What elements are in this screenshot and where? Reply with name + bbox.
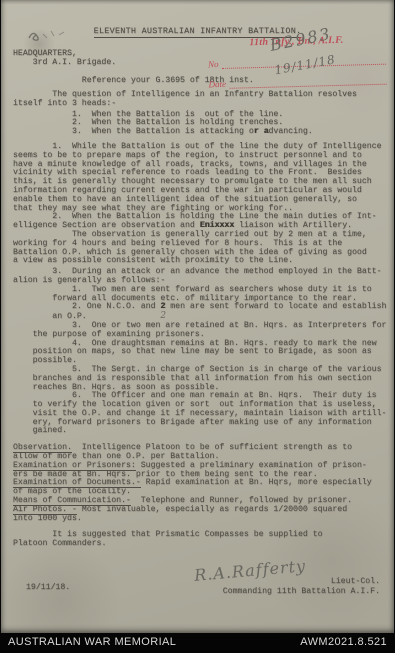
stamp-date-line: Date [208, 74, 386, 90]
doc-line: ery, forward prisoners to Brigade after … [13, 419, 386, 428]
doc-line: gained. [13, 427, 386, 436]
pencil-scribble-mark [25, 26, 71, 46]
document-paper: ELEVENTH AUSTRALIAN INFANTRY BATTALION. … [1, 0, 394, 633]
footer-accession-number: AWM2021.8.521 [300, 636, 387, 648]
stamp-date-label: Date [208, 79, 226, 89]
signature-commanding-line: Commanding 11th Battalion A.I.F. [223, 587, 380, 596]
awm-footer-bar: AUSTRALIAN WAR MEMORIAL AWM2021.8.521 [0, 633, 395, 653]
doc-line: into 1000 yds. [13, 515, 386, 524]
signature-rank: Lieut-Col. [331, 577, 380, 586]
stamp-no-label: No [208, 59, 219, 69]
doc-line: 2. One N.C.O. and 2 men are sent forward… [13, 303, 386, 312]
doc-line: itself into 3 heads:- [13, 100, 386, 109]
scanned-document-page: { "doc": { "title": "ELEVENTH AUSTRALIAN… [0, 0, 395, 653]
document-body: The question of Intelligence in an Infan… [13, 91, 386, 549]
footer-institution-label: AUSTRALIAN WAR MEMORIAL [8, 636, 176, 648]
doc-line: a view as possible consistent with proxi… [13, 257, 386, 266]
signature-date: 19/11/18. [26, 583, 70, 592]
handwritten-signature: R.A.Rafferty [193, 556, 306, 585]
receipt-stamp: 11th Infy., Bn., A.I.F. No Date B2983 19… [207, 34, 386, 90]
signature-block: 19/11/18. R.A.Rafferty Lieut-Col. Comman… [1, 561, 394, 617]
doc-line: Platoon Commanders. [13, 540, 386, 549]
doc-line: 3. When the Battalion is attacking or ad… [13, 128, 386, 137]
